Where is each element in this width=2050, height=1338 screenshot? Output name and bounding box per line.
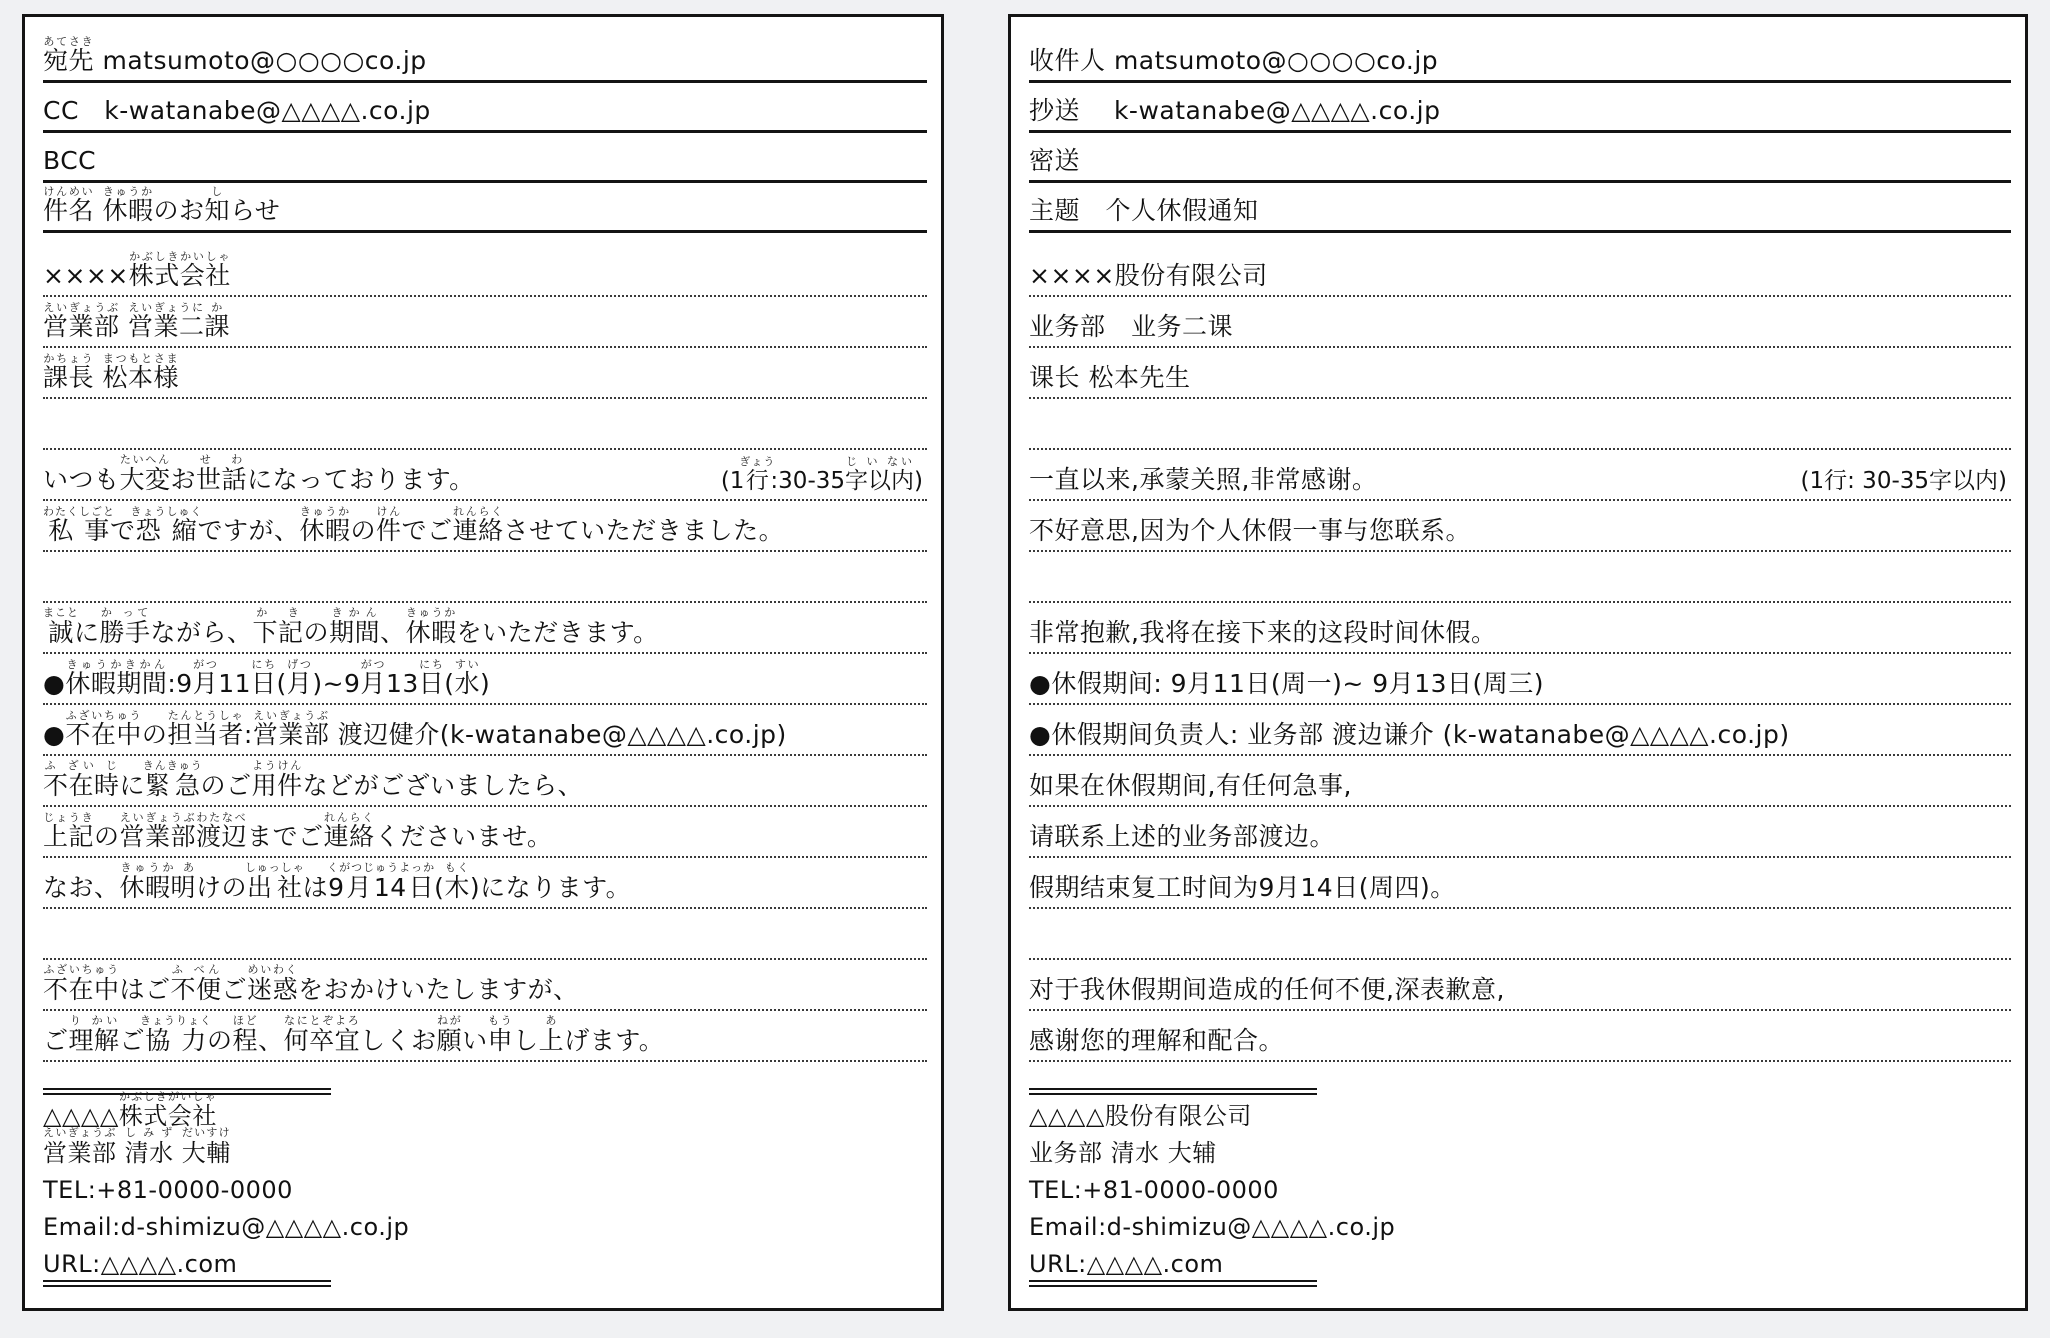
blank-line <box>1029 552 2011 603</box>
recipient-department-line-text: 业务部 业务二课 <box>1029 314 1233 340</box>
greeting-line: 一直以来,承蒙关照,非常感谢。(1行: 30-35字以内) <box>1029 450 2011 501</box>
apology-line-1-text: 不在中ふざいちゅうはご不便ふ べんご迷惑めいわくをおかけいたしますが、 <box>43 963 579 1003</box>
signature-url-text: URL:△△△△.com <box>43 1252 237 1277</box>
greeting-line-text: いつも大変たいへんお世話せ わになっております。 <box>43 453 475 493</box>
signature-bottom-rule <box>43 1280 331 1287</box>
apology-line-2-text: 感谢您的理解和配合。 <box>1029 1028 1284 1054</box>
reason-line: 不好意思,因为个人休假一事与您联系。 <box>1029 501 2011 552</box>
bcc-field: BCC <box>43 133 927 183</box>
return-date-line: 假期结束复工时间为9月14日(周四)。 <box>1029 858 2011 909</box>
japanese-email-panel: 宛先あてさき matsumoto@○○○○co.jpCC k-watanabe@… <box>22 14 944 1311</box>
apology-line-2: 感谢您的理解和配合。 <box>1029 1011 2011 1062</box>
recipient-company-line: ××××株式会社かぶしきかいしゃ <box>43 233 927 297</box>
recipient-department-line: 业务部 业务二课 <box>1029 297 2011 348</box>
signature-tel-text: TEL:+81-0000-0000 <box>43 1178 293 1203</box>
vacation-period-line: ●休假期间: 9月11日(周一)~ 9月13日(周三) <box>1029 654 2011 705</box>
emergency-line-2: 请联系上述的业务部渡边。 <box>1029 807 2011 858</box>
return-date-line-text: なお、休暇明きゅうか あけの出社しゅっしゃは9月14日くがつじゅうよっか(木もく… <box>43 861 631 901</box>
blank-line <box>43 552 927 603</box>
recipient-person-line-text: 课长 松本先生 <box>1029 365 1190 391</box>
return-date-line-text: 假期结束复工时间为9月14日(周四)。 <box>1029 875 1456 901</box>
recipient-department-line: 営業部えいぎょうぶ 営業二えいぎょうに課か <box>43 297 927 348</box>
blank-line <box>1029 399 2011 450</box>
chinese-email-panel: 收件人 matsumoto@○○○○co.jp抄送 k-watanabe@△△△… <box>1008 14 2028 1311</box>
signature-company-text: △△△△股份有限公司 <box>1029 1104 1252 1129</box>
signature-email-text: Email:d-shimizu@△△△△.co.jp <box>1029 1215 1395 1240</box>
bcc-field-text: BCC <box>43 148 96 174</box>
signature-email-text: Email:d-shimizu@△△△△.co.jp <box>43 1215 409 1240</box>
cc-field: CC k-watanabe@△△△△.co.jp <box>43 83 927 133</box>
signature-email: Email:d-shimizu@△△△△.co.jp <box>1029 1206 2011 1243</box>
vacation-period-line: ●休暇期間きゅうかきかん:9月がつ11日にち(月げつ)~9月がつ13日にち(水す… <box>43 654 927 705</box>
signature-url: URL:△△△△.com <box>1029 1243 2011 1280</box>
reason-line: 私事わたくしごとで恐縮きょうしゅくですが、休暇きゅうかの件けんでご連絡れんらくさ… <box>43 501 927 552</box>
substitute-contact-line-text: ●不在中ふざいちゅうの担当者たんとうしゃ:営業部えいぎょうぶ 渡辺健介(k-wa… <box>43 709 787 748</box>
recipient-department-line-text: 営業部えいぎょうぶ 営業二えいぎょうに課か <box>43 301 230 340</box>
blank-line <box>43 399 927 450</box>
emergency-line-2: 上記じょうきの営業部渡辺えいぎょうぶわたなべまでご連絡れんらくくださいませ。 <box>43 807 927 858</box>
reason-line-text: 私事わたくしごとで恐縮きょうしゅくですが、休暇きゅうかの件けんでご連絡れんらくさ… <box>43 505 784 544</box>
substitute-contact-line-text: ●休假期间负责人: 业务部 渡边谦介 (k-watanabe@△△△△.co.j… <box>1029 722 1790 748</box>
notice-line: 非常抱歉,我将在接下来的这段时间休假。 <box>1029 603 2011 654</box>
apology-line-1-text: 对于我休假期间造成的任何不便,深表歉意, <box>1029 977 1505 1003</box>
signature-block: △△△△股份有限公司业务部 清水 大辅TEL:+81-0000-0000Emai… <box>1029 1088 2011 1287</box>
subject-field: 主题 个人休假通知 <box>1029 183 2011 233</box>
subject-field-text: 件名けんめい 休暇きゅうかのお知しらせ <box>43 185 280 224</box>
signature-company-text: △△△△株式会社かぶしきがいしゃ <box>43 1090 217 1129</box>
recipient-person-line: 课长 松本先生 <box>1029 348 2011 399</box>
to-field-text: 收件人 matsumoto@○○○○co.jp <box>1029 48 1438 74</box>
cc-field-text: CC k-watanabe@△△△△.co.jp <box>43 98 431 124</box>
apology-line-1: 不在中ふざいちゅうはご不便ふ べんご迷惑めいわくをおかけいたしますが、 <box>43 960 927 1011</box>
to-field: 宛先あてさき matsumoto@○○○○co.jp <box>43 33 927 83</box>
signature-tel: TEL:+81-0000-0000 <box>1029 1169 2011 1206</box>
char-limit-note: (1行ぎょう:30-35字以内じ い ない) <box>721 455 927 493</box>
to-field: 收件人 matsumoto@○○○○co.jp <box>1029 33 2011 83</box>
cc-field-text: 抄送 k-watanabe@△△△△.co.jp <box>1029 98 1440 124</box>
bcc-field-text: 密送 <box>1029 148 1080 174</box>
subject-field: 件名けんめい 休暇きゅうかのお知しらせ <box>43 183 927 233</box>
vacation-period-line-text: ●休暇期間きゅうかきかん:9月がつ11日にち(月げつ)~9月がつ13日にち(水す… <box>43 658 490 697</box>
notice-line-text: 誠まことに勝手か ってながら、下記か きの期間きかん、休暇きゅうかをいただきます… <box>43 606 659 646</box>
apology-line-1: 对于我休假期间造成的任何不便,深表歉意, <box>1029 960 2011 1011</box>
signature-person-text: 业务部 清水 大辅 <box>1029 1141 1217 1166</box>
recipient-person-line-text: 課長かちょう 松本様まつもとさま <box>43 352 179 391</box>
to-field-text: 宛先あてさき matsumoto@○○○○co.jp <box>43 35 427 74</box>
signature-company: △△△△股份有限公司 <box>1029 1095 2011 1132</box>
recipient-company-line-text: ××××股份有限公司 <box>1029 263 1268 289</box>
vacation-period-line-text: ●休假期间: 9月11日(周一)~ 9月13日(周三) <box>1029 671 1544 697</box>
emergency-line-2-text: 上記じょうきの営業部渡辺えいぎょうぶわたなべまでご連絡れんらくくださいませ。 <box>43 811 552 850</box>
signature-person: 営業部えいぎょうぶ 清水し み ず 大輔だいすけ <box>43 1132 927 1169</box>
char-limit-note: (1行: 30-35字以内) <box>1801 469 2011 493</box>
return-date-line: なお、休暇明きゅうか あけの出社しゅっしゃは9月14日くがつじゅうよっか(木もく… <box>43 858 927 909</box>
reason-line-text: 不好意思,因为个人休假一事与您联系。 <box>1029 518 1471 544</box>
signature-tel-text: TEL:+81-0000-0000 <box>1029 1178 1279 1203</box>
blank-line <box>43 909 927 960</box>
greeting-line-text: 一直以来,承蒙关照,非常感谢。 <box>1029 467 1377 493</box>
notice-line-text: 非常抱歉,我将在接下来的这段时间休假。 <box>1029 620 1496 646</box>
greeting-line: いつも大変たいへんお世話せ わになっております。(1行ぎょう:30-35字以内じ… <box>43 450 927 501</box>
emergency-line-1-text: 如果在休假期间,有任何急事, <box>1029 773 1352 799</box>
recipient-company-line: ××××股份有限公司 <box>1029 233 2011 297</box>
emergency-line-1: 不在時ふ ざい じに緊急きんきゅうのご用件ようけんなどがございましたら、 <box>43 756 927 807</box>
substitute-contact-line: ●休假期间负责人: 业务部 渡边谦介 (k-watanabe@△△△△.co.j… <box>1029 705 2011 756</box>
emergency-line-1: 如果在休假期间,有任何急事, <box>1029 756 2011 807</box>
signature-bottom-rule <box>1029 1280 1317 1287</box>
recipient-person-line: 課長かちょう 松本様まつもとさま <box>43 348 927 399</box>
substitute-contact-line: ●不在中ふざいちゅうの担当者たんとうしゃ:営業部えいぎょうぶ 渡辺健介(k-wa… <box>43 705 927 756</box>
emergency-line-2-text: 请联系上述的业务部渡边。 <box>1029 824 1335 850</box>
recipient-company-line-text: ××××株式会社かぶしきかいしゃ <box>43 250 231 289</box>
emergency-line-1-text: 不在時ふ ざい じに緊急きんきゅうのご用件ようけんなどがございましたら、 <box>43 759 583 799</box>
signature-url-text: URL:△△△△.com <box>1029 1252 1223 1277</box>
signature-person: 业务部 清水 大辅 <box>1029 1132 2011 1169</box>
signature-url: URL:△△△△.com <box>43 1243 927 1280</box>
signature-top-rule <box>1029 1088 1317 1095</box>
signature-tel: TEL:+81-0000-0000 <box>43 1169 927 1206</box>
signature-email: Email:d-shimizu@△△△△.co.jp <box>43 1206 927 1243</box>
blank-line <box>1029 909 2011 960</box>
apology-line-2: ご理解り かいご協力きょうりょくの程ほど、何卒宜なにとぞよろしくお願ねがい申もう… <box>43 1011 927 1062</box>
subject-field-text: 主题 个人休假通知 <box>1029 198 1259 224</box>
notice-line: 誠まことに勝手か ってながら、下記か きの期間きかん、休暇きゅうかをいただきます… <box>43 603 927 654</box>
signature-person-text: 営業部えいぎょうぶ 清水し み ず 大輔だいすけ <box>43 1126 231 1166</box>
signature-block: △△△△株式会社かぶしきがいしゃ営業部えいぎょうぶ 清水し み ず 大輔だいすけ… <box>43 1088 927 1287</box>
cc-field: 抄送 k-watanabe@△△△△.co.jp <box>1029 83 2011 133</box>
worksheet-page: 宛先あてさき matsumoto@○○○○co.jpCC k-watanabe@… <box>0 0 2050 1338</box>
apology-line-2-text: ご理解り かいご協力きょうりょくの程ほど、何卒宜なにとぞよろしくお願ねがい申もう… <box>43 1014 664 1054</box>
bcc-field: 密送 <box>1029 133 2011 183</box>
